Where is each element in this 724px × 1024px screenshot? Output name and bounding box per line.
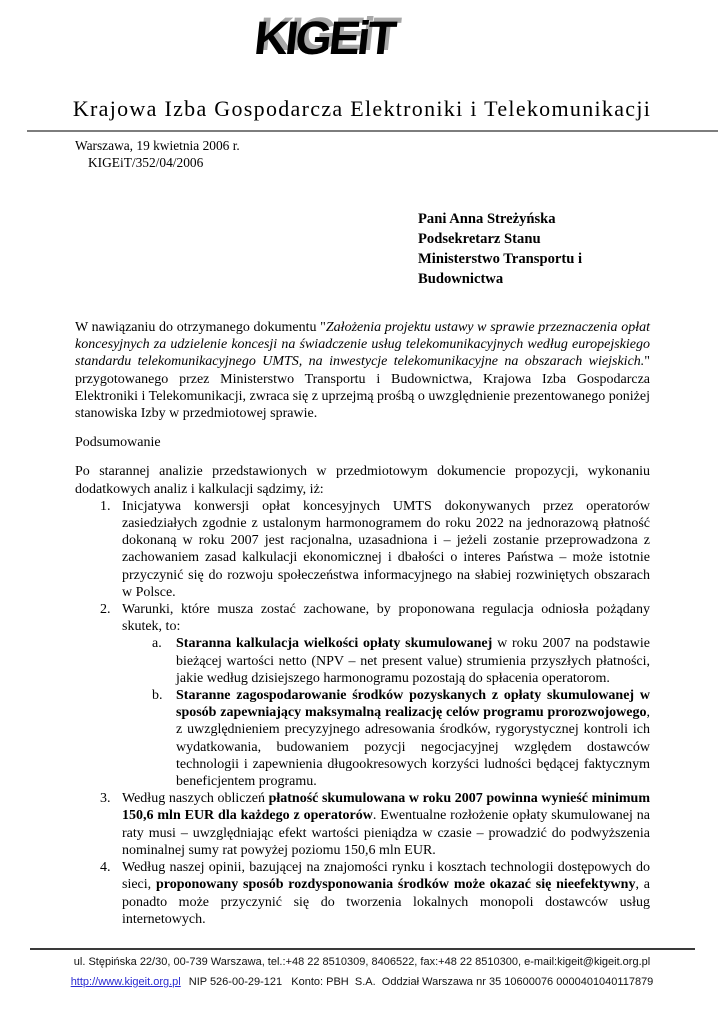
recipient-title: Podsekretarz Stanu [418, 229, 724, 249]
list-item-2b-text: Staranne zagospodarowanie środków pozysk… [176, 687, 650, 790]
summary-lead-paragraph: Po starannej analizie przedstawionych w … [75, 463, 650, 497]
header-divider [27, 130, 718, 132]
date-block: Warszawa, 19 kwietnia 2006 r. KIGEiT/352… [75, 137, 724, 171]
website-link[interactable]: http://www.kigeit.org.pl [71, 976, 181, 988]
footer-address-line: ul. Stępińska 22/30, 00-739 Warszawa, te… [0, 956, 724, 968]
recipient-org-line2: Budownictwa [418, 269, 724, 289]
list-item-1-text: Inicjatywa konwersji opłat koncesyjnych … [122, 498, 650, 601]
list-item-4-text: Według naszej opinii, bazującej na znajo… [122, 859, 650, 928]
list-item-2a-text: Staranna kalkulacja wielkości opłaty sku… [176, 635, 650, 687]
list-item-3-marker: 3. [100, 790, 122, 807]
list-item-2: 2. Warunki, które musza zostać zachowane… [100, 601, 650, 635]
recipient-org-line1: Ministerstwo Transportu i [418, 249, 724, 269]
footer-registration-text: NIP 526-00-29-121 Konto: PBH S.A. Oddzia… [189, 976, 654, 988]
list-item-2a-marker: a. [152, 635, 176, 652]
list-item-2-sublist: a. Staranna kalkulacja wielkości opłaty … [100, 635, 650, 790]
footer-registration-line: http://www.kigeit.org.plNIP 526-00-29-12… [0, 976, 724, 988]
footer-divider [30, 948, 695, 950]
letter-footer: ul. Stępińska 22/30, 00-739 Warszawa, te… [0, 948, 724, 988]
list-item-1-marker: 1. [100, 498, 122, 515]
list-item-2a: a. Staranna kalkulacja wielkości opłaty … [152, 635, 650, 687]
letter-page: KIGEiT KIGEiT Krajowa Izba Gospodarcza E… [0, 0, 724, 1024]
letter-body: W nawiązaniu do otrzymanego dokumentu "Z… [75, 319, 650, 928]
date-line: Warszawa, 19 kwietnia 2006 r. [75, 137, 724, 154]
kigeit-logo-graphic: KIGEiT KIGEiT [246, 6, 478, 62]
list-item-2-text: Warunki, które musza zostać zachowane, b… [122, 601, 650, 635]
recipient-name: Pani Anna Streżyńska [418, 209, 724, 229]
intro-paragraph: W nawiązaniu do otrzymanego dokumentu "Z… [75, 319, 650, 422]
reference-number: KIGEiT/352/04/2006 [88, 154, 724, 171]
logo-main-text: KIGEiT [252, 11, 399, 62]
list-item-2b-marker: b. [152, 687, 176, 704]
list-item-3: 3. Według naszych obliczeń płatność skum… [100, 790, 650, 859]
summary-list: 1. Inicjatywa konwersji opłat koncesyjny… [75, 498, 650, 928]
list-item-2b: b. Staranne zagospodarowanie środków poz… [152, 687, 650, 790]
list-item-4-marker: 4. [100, 859, 122, 876]
recipient-block: Pani Anna Streżyńska Podsekretarz Stanu … [418, 209, 724, 289]
kigeit-logo: KIGEiT KIGEiT [0, 0, 724, 64]
summary-heading: Podsumowanie [75, 434, 650, 451]
list-item-2-marker: 2. [100, 601, 122, 618]
list-item-4: 4. Według naszej opinii, bazującej na zn… [100, 859, 650, 928]
list-item-1: 1. Inicjatywa konwersji opłat koncesyjny… [100, 498, 650, 601]
organization-title: Krajowa Izba Gospodarcza Elektroniki i T… [0, 96, 724, 122]
list-item-3-text: Według naszych obliczeń płatność skumulo… [122, 790, 650, 859]
